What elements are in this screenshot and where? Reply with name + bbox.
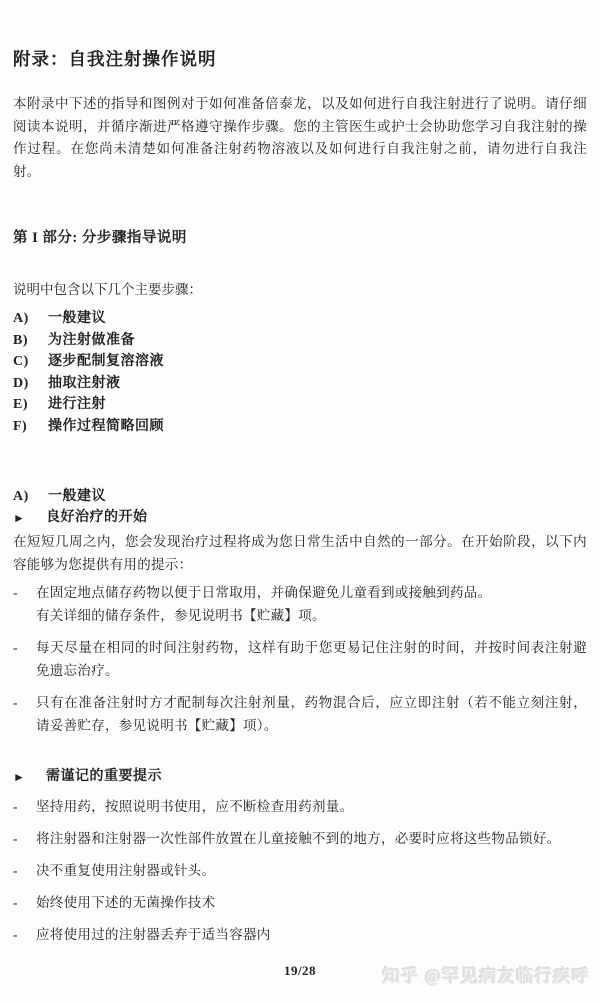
step-label: 操作过程简略回顾: [48, 416, 164, 438]
dash-bullet-icon: -: [13, 795, 36, 818]
bullet-line: 始终使用下述的无菌操作技术: [36, 891, 587, 914]
step-item-d: D) 抽取注射液: [13, 373, 587, 395]
dash-bullet-icon: -: [13, 923, 36, 946]
intro-paragraph: 本附录中下述的指导和图例对于如何准备倍泰龙，以及如何进行自我注射进行了说明。请仔…: [13, 93, 587, 183]
bullet-text: 决不重复使用注射器或针头。: [36, 859, 587, 882]
subsection-title: 良好治疗的开始: [46, 508, 148, 528]
arrow-right-icon: ►: [13, 767, 46, 787]
arrow-right-icon: ►: [13, 508, 46, 528]
list-item: - 在固定地点储存药物以便于日常取用，并确保避免儿童看到或接触到药品。 有关详细…: [13, 581, 587, 627]
step-key: A): [13, 308, 48, 330]
step-label: 逐步配制复溶溶液: [48, 351, 164, 373]
step-label: 进行注射: [48, 394, 106, 416]
step-key: F): [13, 416, 48, 438]
list-item: - 将注射器和注射器一次性部件放置在儿童接触不到的地方，必要时应将这些物品锁好。: [13, 827, 587, 850]
dash-bullet-icon: -: [13, 691, 36, 737]
watermark: 知乎 @罕见病友临行疾呼: [382, 963, 590, 988]
section-label: 一般建议: [48, 487, 106, 507]
bullet-line: 决不重复使用注射器或针头。: [36, 859, 587, 882]
step-label: 抽取注射液: [48, 373, 121, 395]
list-item: - 每天尽量在相同的时间注射药物，这样有助于您更易记住注射的时间，并按时间表注射…: [13, 636, 587, 682]
step-item-b: B) 为注射做准备: [13, 330, 587, 352]
list-item: - 只有在准备注射时方才配制每次注射剂量，药物混合后，应立即注射（若不能立刻注射…: [13, 691, 587, 737]
step-label: 一般建议: [48, 308, 106, 330]
bullet-line: 坚持用药，按照说明书使用，应不断检查用药剂量。: [36, 795, 587, 818]
list-item: - 应将使用过的注射器丢弃于适当容器内: [13, 923, 587, 946]
step-label: 为注射做准备: [48, 330, 135, 352]
bullet-line: 只有在准备注射时方才配制每次注射剂量，药物混合后，应立即注射（若不能立刻注射，请…: [36, 691, 587, 737]
bullet-text: 应将使用过的注射器丢弃于适当容器内: [36, 923, 587, 946]
list-item: - 始终使用下述的无菌操作技术: [13, 891, 587, 914]
part-heading: 第 I 部分: 分步骤指导说明: [13, 227, 587, 249]
section-key: A): [13, 487, 48, 507]
subsection-heading-important-tips: ► 需谨记的重要提示: [13, 767, 587, 787]
list-item: - 决不重复使用注射器或针头。: [13, 859, 587, 882]
dash-bullet-icon: -: [13, 581, 36, 627]
bullet-line: 有关详细的储存条件，参见说明书【贮藏】项。: [36, 604, 587, 627]
bullet-line: 应将使用过的注射器丢弃于适当容器内: [36, 923, 587, 946]
subsection-heading-good-start: ► 良好治疗的开始: [13, 508, 587, 528]
good-start-intro: 在短短几周之内，您会发现治疗过程将成为您日常生活中自然的一部分。在开始阶段，以下…: [13, 531, 587, 576]
bullet-line: 将注射器和注射器一次性部件放置在儿童接触不到的地方，必要时应将这些物品锁好。: [36, 827, 587, 850]
section-a-heading: A) 一般建议: [13, 487, 587, 507]
step-key: E): [13, 394, 48, 416]
bullet-text: 只有在准备注射时方才配制每次注射剂量，药物混合后，应立即注射（若不能立刻注射，请…: [36, 691, 587, 737]
dash-bullet-icon: -: [13, 827, 36, 850]
bullet-text: 坚持用药，按照说明书使用，应不断检查用药剂量。: [36, 795, 587, 818]
good-start-bullets: - 在固定地点储存药物以便于日常取用，并确保避免儿童看到或接触到药品。 有关详细…: [13, 581, 587, 737]
bullet-text: 将注射器和注射器一次性部件放置在儿童接触不到的地方，必要时应将这些物品锁好。: [36, 827, 587, 850]
bullet-text: 每天尽量在相同的时间注射药物，这样有助于您更易记住注射的时间，并按时间表注射避免…: [36, 636, 587, 682]
subsection-title: 需谨记的重要提示: [46, 767, 162, 787]
step-item-e: E) 进行注射: [13, 394, 587, 416]
steps-intro: 说明中包含以下几个主要步骤：: [13, 280, 587, 300]
step-item-f: F) 操作过程简略回顾: [13, 416, 587, 438]
dash-bullet-icon: -: [13, 636, 36, 682]
important-tips-bullets: - 坚持用药，按照说明书使用，应不断检查用药剂量。 - 将注射器和注射器一次性部…: [13, 795, 587, 946]
step-key: C): [13, 351, 48, 373]
bullet-line: 在固定地点储存药物以便于日常取用，并确保避免儿童看到或接触到药品。: [36, 581, 587, 604]
document-page: 附录：自我注射操作说明 本附录中下述的指导和图例对于如何准备倍泰龙，以及如何进行…: [0, 0, 600, 1003]
bullet-text: 始终使用下述的无菌操作技术: [36, 891, 587, 914]
bullet-text: 在固定地点储存药物以便于日常取用，并确保避免儿童看到或接触到药品。 有关详细的储…: [36, 581, 587, 627]
step-key: B): [13, 330, 48, 352]
list-item: - 坚持用药，按照说明书使用，应不断检查用药剂量。: [13, 795, 587, 818]
step-item-c: C) 逐步配制复溶溶液: [13, 351, 587, 373]
dash-bullet-icon: -: [13, 891, 36, 914]
dash-bullet-icon: -: [13, 859, 36, 882]
step-item-a: A) 一般建议: [13, 308, 587, 330]
step-key: D): [13, 373, 48, 395]
page-title: 附录：自我注射操作说明: [13, 0, 587, 72]
bullet-line: 每天尽量在相同的时间注射药物，这样有助于您更易记住注射的时间，并按时间表注射避免…: [36, 636, 587, 682]
steps-list: A) 一般建议 B) 为注射做准备 C) 逐步配制复溶溶液 D) 抽取注射液 E…: [13, 308, 587, 437]
